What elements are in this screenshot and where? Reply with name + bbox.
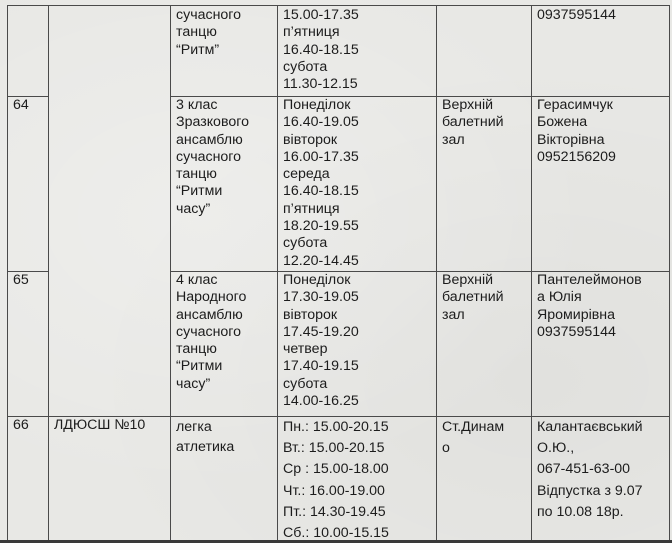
cell-line: субота [283,59,436,76]
cell-line: 067-451-63-00 [537,459,669,480]
schedule-table: сучасноготанцю“Ритм” 15.00-17.35п’ятниця… [7,5,670,543]
cell-line: “Ритм” [176,42,277,59]
cell-line: 16.40-18.15 [283,183,436,200]
cell-line: Герасимчук [537,97,669,114]
cell-line: по 10.08 18р. [537,502,669,523]
cell-line: Пн.: 15.00-20.15 [283,417,436,438]
cell-line: субота [283,376,436,393]
cell-line: танцю [176,24,277,41]
cell-line: 0937595144 [537,7,669,24]
group-cell: легкаатлетика [171,417,278,543]
cell-line: Вт.: 15.00-20.15 [283,438,436,459]
cell-line: 17.30-19.05 [283,289,436,306]
cell-line: “Ритми [176,183,277,200]
cell-line: сучасного [176,324,277,341]
organization-cell [49,6,171,417]
contact-cell: ГерасимчукБоженаВікторівна0952156209 [532,97,670,272]
group-cell: 4 класНародногоансамблюсучасноготанцю“Ри… [171,272,278,417]
cell-line: Відпустка з 9.07 [537,481,669,502]
cell-line: балетний [442,114,531,131]
cell-line: Зразкового [176,114,277,131]
cell-line: Понеділок [283,97,436,114]
cell-line: Пт.: 14.30-19.45 [283,502,436,523]
cell-line: 0937595144 [537,324,669,341]
cell-line: 11.30-12.15 [283,76,436,93]
place-cell: Верхнійбалетнийзал [437,272,532,417]
cell-line: зал [442,307,531,324]
schedule-cell: Понеділок16.40-19.05вівторок16.00-17.35с… [278,97,437,272]
cell-line: зал [442,132,531,149]
cell-line: легка [176,417,277,437]
cell-line: 14.00-16.25 [283,393,436,410]
cell-line: середа [283,166,436,183]
cell-line: вівторок [283,132,436,149]
cell-line: Вікторівна [537,132,669,149]
cell-line: 16.00-17.35 [283,149,436,166]
schedule-cell: 15.00-17.35п’ятниця16.40-18.15субота11.3… [278,6,437,97]
cell-line: “Ритми [176,358,277,375]
cell-line: Верхній [442,97,531,114]
contact-cell: КалантаєвськийО.Ю.,067-451-63-00Відпустк… [532,417,670,543]
cell-line: Народного [176,289,277,306]
cell-line: ансамблю [176,132,277,149]
cell-line: сучасного [176,7,277,24]
cell-line: 4 клас [176,272,277,289]
cell-line: Божена [537,114,669,131]
organization-cell: ЛДЮСШ №10 [49,417,171,543]
cell-line: Ср : 15.00-18.00 [283,459,436,480]
cell-line: Понеділок [283,272,436,289]
row-number-cell: 64 [8,97,49,272]
cell-line: 16.40-18.15 [283,42,436,59]
cell-line: 18.20-19.55 [283,218,436,235]
cell-line: 15.00-17.35 [283,7,436,24]
place-cell: Верхнійбалетнийзал [437,97,532,272]
contact-cell: 0937595144 [532,6,670,97]
cell-line: 0952156209 [537,149,669,166]
cell-line: часу” [176,376,277,393]
scanned-page: сучасноготанцю“Ритм” 15.00-17.35п’ятниця… [0,0,672,543]
group-cell: сучасноготанцю“Ритм” [171,6,278,97]
cell-line: а Юлія [537,289,669,306]
schedule-cell: Понеділок17.30-19.05вівторок17.45-19.20ч… [278,272,437,417]
table-row: сучасноготанцю“Ритм” 15.00-17.35п’ятниця… [8,6,670,97]
cell-line: 17.45-19.20 [283,324,436,341]
cell-line: Яромирівна [537,307,669,324]
group-cell: 3 класЗразковогоансамблюсучасноготанцю“Р… [171,97,278,272]
cell-line: 17.40-19.15 [283,358,436,375]
row-number-cell: 65 [8,272,49,417]
cell-line: 3 клас [176,97,277,114]
schedule-cell: Пн.: 15.00-20.15Вт.: 15.00-20.15Ср : 15.… [278,417,437,543]
cell-line: субота [283,235,436,252]
table-row: 66 ЛДЮСШ №10 легкаатлетика Пн.: 15.00-20… [8,417,670,543]
cell-line: сучасного [176,149,277,166]
cell-line: четвер [283,341,436,358]
cell-line: ансамблю [176,307,277,324]
cell-line: танцю [176,341,277,358]
cell-line: часу” [176,201,277,218]
cell-line: Ст.Динам [442,417,531,438]
cell-line: 16.40-19.05 [283,114,436,131]
row-number-cell: 66 [8,417,49,543]
cell-line: п’ятниця [283,24,436,41]
cell-line: танцю [176,166,277,183]
cell-line: Калантаєвський [537,417,669,438]
place-cell: Ст.Динамо [437,417,532,543]
contact-cell: Пантелеймонова ЮліяЯромирівна0937595144 [532,272,670,417]
cell-line: о [442,438,531,459]
cell-line: О.Ю., [537,438,669,459]
cell-line: вівторок [283,307,436,324]
cell-line: Верхній [442,272,531,289]
cell-line: п’ятниця [283,201,436,218]
place-cell [437,6,532,97]
row-number-cell [8,6,49,97]
cell-line: Пантелеймонов [537,272,669,289]
cell-line: 12.20-14.45 [283,253,436,270]
cell-line: Чт.: 16.00-19.00 [283,481,436,502]
cell-line: атлетика [176,437,277,457]
cell-line: балетний [442,289,531,306]
